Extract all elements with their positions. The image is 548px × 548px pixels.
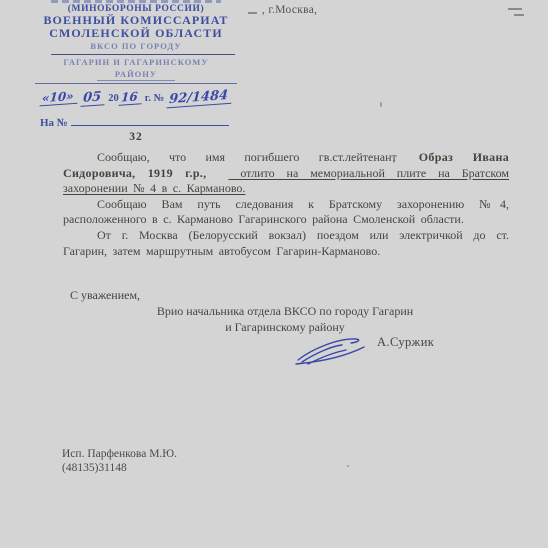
- date-day-handwritten: «10»: [40, 89, 79, 107]
- scan-speck-3: [347, 465, 349, 467]
- letterhead: (МИНОБОРОНЫ РОССИИ) ВОЕННЫЙ КОМИССАРИАТ …: [33, 0, 239, 143]
- clipped-top-line: [51, 0, 221, 3]
- executor-phone: (48135)31148: [62, 461, 177, 475]
- letterhead-org-line2: СМОЛЕНСКОЙ ОБЛАСТИ: [33, 27, 239, 40]
- closing-salutation: С уважением,: [70, 288, 140, 303]
- signer-title-line1: Врио начальника отдела ВКСО по городу Га…: [120, 304, 450, 320]
- scan-artifact-dash-right: [508, 8, 522, 10]
- date-month-handwritten: 05: [80, 89, 105, 107]
- scan-artifact-dash-right2: [514, 14, 524, 16]
- letterhead-dept-line2: ГАГАРИН И ГАГАРИНСКОМУ: [33, 58, 239, 67]
- paragraph-3: От г. Москва (Белорусский вокзал) поездо…: [63, 228, 509, 259]
- signer-title: Врио начальника отдела ВКСО по городу Га…: [120, 304, 450, 335]
- reg-number-handwritten: 92/1484: [167, 88, 233, 109]
- date-year-handwritten: 16: [118, 89, 142, 106]
- city-line: , г.Москва,: [262, 4, 317, 16]
- letter-body: Сообщаю, что имя погибшего гв.ст.лейтена…: [63, 150, 509, 259]
- paragraph-2: Сообщаю Вам путь следования к Братскому …: [63, 197, 509, 228]
- paragraph-1: Сообщаю, что имя погибшего гв.ст.лейтена…: [63, 150, 509, 197]
- letterhead-rule-bottom: [35, 83, 237, 84]
- scanned-letter-page: (МИНОБОРОНЫ РОССИИ) ВОЕННЫЙ КОМИССАРИАТ …: [0, 0, 548, 548]
- date-year-prefix: 20: [108, 93, 119, 104]
- incoming-ref-line: [71, 115, 229, 126]
- reg-number-label: г. №: [145, 93, 164, 104]
- executor-block: Исп. Парфенкова М.Ю. (48135)31148: [62, 447, 177, 475]
- incoming-ref-label: На №: [40, 117, 68, 129]
- incoming-ref-number: 32: [33, 131, 239, 143]
- executor-name: Исп. Парфенкова М.Ю.: [62, 447, 177, 461]
- signer-title-line2: и Гагаринскому району: [120, 320, 450, 336]
- letterhead-dept-line1: ВКСО ПО ГОРОДУ: [33, 42, 239, 51]
- scan-speck-1: [380, 102, 382, 107]
- signer-name: А.Суржик: [377, 335, 434, 350]
- handwritten-signature: [290, 333, 378, 367]
- letterhead-rule-top: [51, 54, 235, 55]
- p1-normal-segment: Сообщаю, что имя погибшего гв.ст.лейтена…: [97, 150, 397, 164]
- letterhead-dept-line3: РАЙОНУ: [97, 70, 175, 81]
- scan-artifact-dash: [248, 12, 257, 14]
- date-row: «10» 05 2016 г. № 92/1484: [33, 89, 239, 106]
- incoming-ref-row: На №: [33, 115, 239, 129]
